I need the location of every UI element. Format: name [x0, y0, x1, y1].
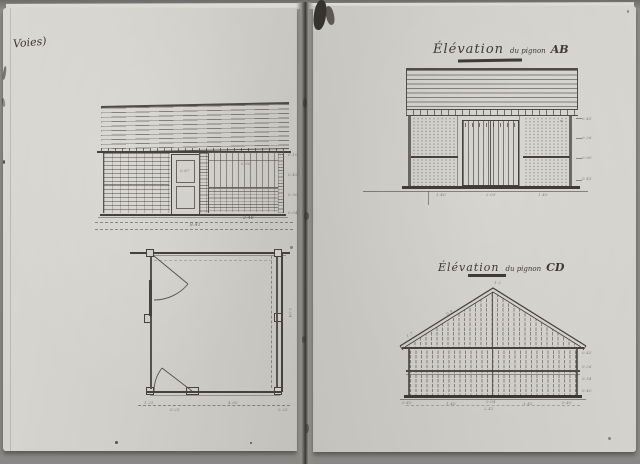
base-line — [402, 186, 580, 189]
wall-post-right — [569, 116, 572, 186]
foundation-step — [428, 191, 429, 205]
dimension-line — [95, 229, 293, 230]
margin-speck — [3, 160, 5, 164]
cd-edge-dimension: 0.40 — [582, 388, 592, 393]
cd-title-ref: CD — [546, 261, 564, 274]
ab-title: Élévationdu pignonAB — [433, 38, 569, 57]
cd-title-main: Élévation — [438, 261, 499, 274]
spine-stain — [304, 212, 309, 220]
door-center-split — [490, 121, 491, 187]
plank-wall — [208, 152, 278, 187]
panel-rail-left — [411, 156, 458, 158]
plan-dimension: 0.25 — [170, 407, 180, 412]
cd-title: Élévationdu pignonCD — [438, 256, 564, 275]
scanned-drawing-spread: Voies) 0.87 0.30 2.48 8.41 0.10 0.45 0.3… — [0, 0, 640, 464]
brick-base-right — [208, 187, 278, 212]
door: 0.87 — [171, 154, 200, 215]
cd-edge-dimension: 0.34 — [582, 376, 592, 381]
ground-line — [363, 191, 588, 192]
door-top-ticks — [465, 123, 516, 127]
dimension-label: 2.48 — [243, 216, 254, 221]
ground-line — [98, 217, 288, 218]
edge-dimension: 0.10 — [288, 152, 298, 157]
ab-title-ref: AB — [551, 43, 569, 56]
dimension-label: 8.41 — [190, 223, 201, 228]
cd-dimension: 1.45 — [446, 401, 456, 406]
ab-edge-dimension: 0.90 — [582, 155, 592, 160]
brick-panel-left — [412, 117, 457, 187]
ab-edge-dimension: 0.26 — [582, 135, 592, 140]
cd-dimension: 2.42 — [484, 406, 494, 411]
ab-title-mid: du pignon — [510, 47, 546, 55]
apex-dimension: 1.2 — [494, 280, 501, 285]
paper-speck — [250, 442, 252, 444]
cd-title-mid: du pignon — [505, 265, 541, 273]
base-line — [404, 395, 582, 398]
corner-post — [278, 151, 284, 213]
floor-plan-drawing: 1.25 0.25 4.00 0.25 2.04 — [130, 240, 305, 418]
brick-panel-right — [524, 117, 569, 187]
spine-stain — [305, 424, 309, 433]
cd-dimension: 0.40 — [562, 400, 572, 405]
paper-speck — [627, 10, 629, 13]
double-door — [462, 120, 519, 186]
plan-dimension: 4.00 — [228, 400, 238, 405]
cd-edge-dimension: 0.45 — [582, 350, 592, 355]
center-post-line — [492, 292, 493, 395]
edge-dimension: 0.04 — [288, 210, 298, 215]
ab-dimension: 1.40 — [538, 192, 548, 197]
wall-rail — [103, 184, 169, 185]
panel-rail-right — [523, 156, 570, 158]
door-panel-bottom — [176, 186, 195, 209]
plan-dimension: 1.25 — [144, 400, 154, 405]
cd-edge-dimension: 0.26 — [582, 364, 592, 369]
plan-dimension-right: 2.04 — [288, 308, 293, 318]
ab-elevation-drawing: 1.40 2.05 1.40 0.45 0.26 0.90 0.45 — [398, 60, 588, 205]
plan-corner-mark — [290, 246, 293, 249]
door-panel-top: 0.87 — [176, 160, 195, 183]
door-swing-arcs — [130, 240, 305, 418]
paper-speck — [560, 120, 563, 122]
ab-title-main: Élévation — [433, 42, 504, 57]
cd-title-underline — [468, 274, 506, 277]
cd-dimension: 1.45 — [523, 401, 533, 406]
cd-dimension: 0.04 — [486, 399, 496, 404]
plan-dimension: 0.25 — [278, 407, 288, 412]
paper-speck — [608, 437, 611, 440]
roof-fascia-hatching — [406, 68, 578, 110]
paper-speck — [115, 441, 118, 444]
cd-elevation-drawing: 1.2 0.9 1.7 0.40 1.45 0.04 2.42 1.45 0.4… — [398, 278, 588, 428]
edge-dimension: 0.30 — [288, 192, 298, 197]
ab-dimension: 2.05 — [486, 192, 496, 197]
roof-hatching — [101, 102, 289, 153]
base-line — [100, 214, 286, 216]
page-fold-line — [10, 8, 11, 451]
eave-ticks — [406, 110, 578, 116]
cd-dimension: 0.40 — [402, 400, 412, 405]
plan-dimension-line — [138, 405, 290, 406]
side-elevation-drawing: 0.87 0.30 2.48 8.41 0.10 0.45 0.30 0.04 — [95, 100, 297, 238]
window-dimension: 0.30 — [241, 161, 251, 166]
door-dimension: 0.87 — [180, 168, 190, 173]
ab-edge-dimension: 0.45 — [582, 176, 592, 181]
wall-post-left — [408, 116, 411, 186]
brick-wall-left — [103, 153, 170, 213]
ab-edge-dimension: 0.45 — [582, 116, 592, 121]
ab-dimension: 1.40 — [436, 192, 446, 197]
edge-dimension: 0.45 — [288, 172, 298, 177]
spine-stain — [303, 98, 307, 108]
